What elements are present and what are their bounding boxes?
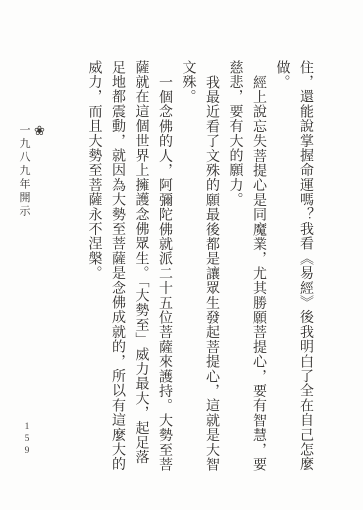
paragraph: 一個念佛的人，阿彌陀佛就派二十五位菩薩來護持。大勢至菩薩就在這個世界上擁護念佛眾… [82, 60, 176, 473]
paragraph: 經上說忘失菩提心是同魔業，尤其勝願菩提心，要有智慧，要慈悲，要有大的願力。 [223, 60, 270, 473]
book-page: 住，還能說掌握命運嗎？我看《易經》後我明白了全在自己怎麼做。 經上說忘失菩提心是… [0, 0, 363, 510]
rosette-icon: ❀ [32, 124, 48, 219]
paragraph: 住，還能說掌握命運嗎？我看《易經》後我明白了全在自己怎麼做。 [270, 60, 317, 473]
paragraph: 我最近看了文殊的願最後都是讓眾生發起菩提心，這就是大智文殊。 [176, 60, 223, 473]
year-heading: 一九八九年開示 [16, 124, 32, 219]
page-number: 159 [22, 422, 32, 458]
margin-block: ❀ 一九八九年開示 [16, 124, 48, 219]
page-body-text: 住，還能說掌握命運嗎？我看《易經》後我明白了全在自己怎麼做。 經上說忘失菩提心是… [77, 60, 317, 473]
